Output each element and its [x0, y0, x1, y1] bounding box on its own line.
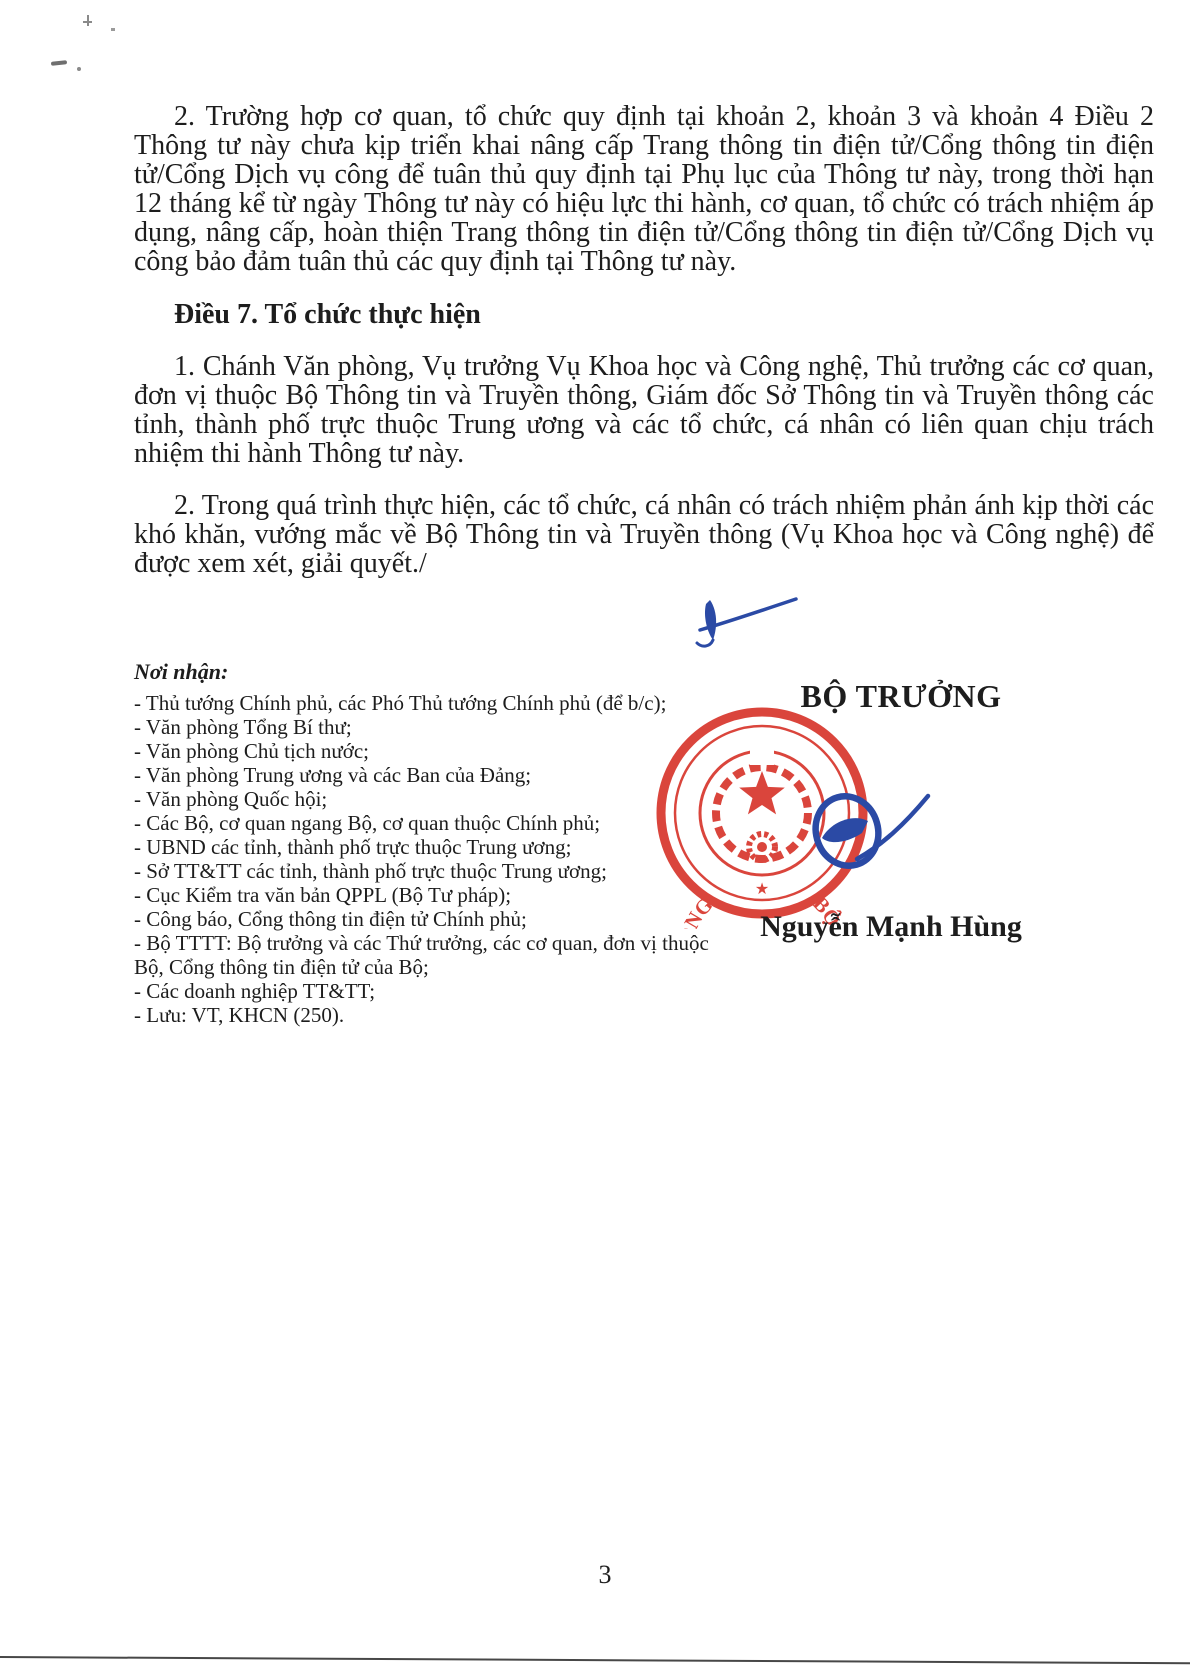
recipient-line: - Bộ TTTT: Bộ trưởng và các Thứ trưởng, …: [134, 931, 734, 979]
signature-ink-icon: [800, 783, 1000, 878]
article7-heading: Điều 7. Tổ chức thực hiện: [174, 300, 1154, 329]
recipient-line: - Các doanh nghiệp TT&TT;: [134, 979, 734, 1003]
minister-name: Nguyễn Mạnh Hùng: [730, 910, 1052, 944]
scan-speck: [51, 60, 67, 66]
recipient-line: - Sở TT&TT các tỉnh, thành phố trực thuộ…: [134, 859, 734, 883]
paragraph-article7-clause2: 2. Trong quá trình thực hiện, các tổ chứ…: [134, 491, 1154, 578]
recipients-label: Nơi nhận:: [134, 660, 734, 684]
seal-star: [739, 771, 785, 814]
recipients-block: Nơi nhận: - Thủ tướng Chính phủ, các Phó…: [134, 660, 734, 1027]
recipient-line: - Văn phòng Chủ tịch nước;: [134, 739, 734, 763]
recipient-line: - Văn phòng Tổng Bí thư;: [134, 715, 734, 739]
page-number: 3: [545, 1560, 665, 1590]
paragraph-article7-clause1: 1. Chánh Văn phòng, Vụ trưởng Vụ Khoa họ…: [134, 352, 1154, 468]
recipient-line: - Cục Kiểm tra văn bản QPPL (Bộ Tư pháp)…: [134, 883, 734, 907]
seal-top-notch: [750, 747, 774, 765]
recipient-line: - UBND các tỉnh, thành phố trực thuộc Tr…: [134, 835, 734, 859]
scan-speck: [83, 21, 92, 23]
recipient-line: - Các Bộ, cơ quan ngang Bộ, cơ quan thuộ…: [134, 811, 734, 835]
seal-bottom-star: ★: [755, 881, 769, 898]
ink-flourish-icon: [650, 584, 810, 654]
recipient-line: - Công báo, Cổng thông tin điện tử Chính…: [134, 907, 734, 931]
body-text: 2. Trường hợp cơ quan, tổ chức quy định …: [134, 102, 1154, 578]
recipient-line: - Văn phòng Quốc hội;: [134, 787, 734, 811]
document-page: 2. Trường hợp cơ quan, tổ chức quy định …: [0, 0, 1190, 1674]
recipient-line: - Lưu: VT, KHCN (250).: [134, 1003, 734, 1027]
seal-gear: [757, 842, 767, 852]
recipient-line: - Văn phòng Trung ương và các Ban của Đả…: [134, 763, 734, 787]
paragraph-transition-clause2: 2. Trường hợp cơ quan, tổ chức quy định …: [134, 102, 1154, 276]
recipient-line: - Thủ tướng Chính phủ, các Phó Thủ tướng…: [134, 691, 734, 715]
scan-edge-line: [0, 1656, 1190, 1664]
scan-speck: [111, 28, 115, 31]
scan-speck: [77, 67, 81, 71]
